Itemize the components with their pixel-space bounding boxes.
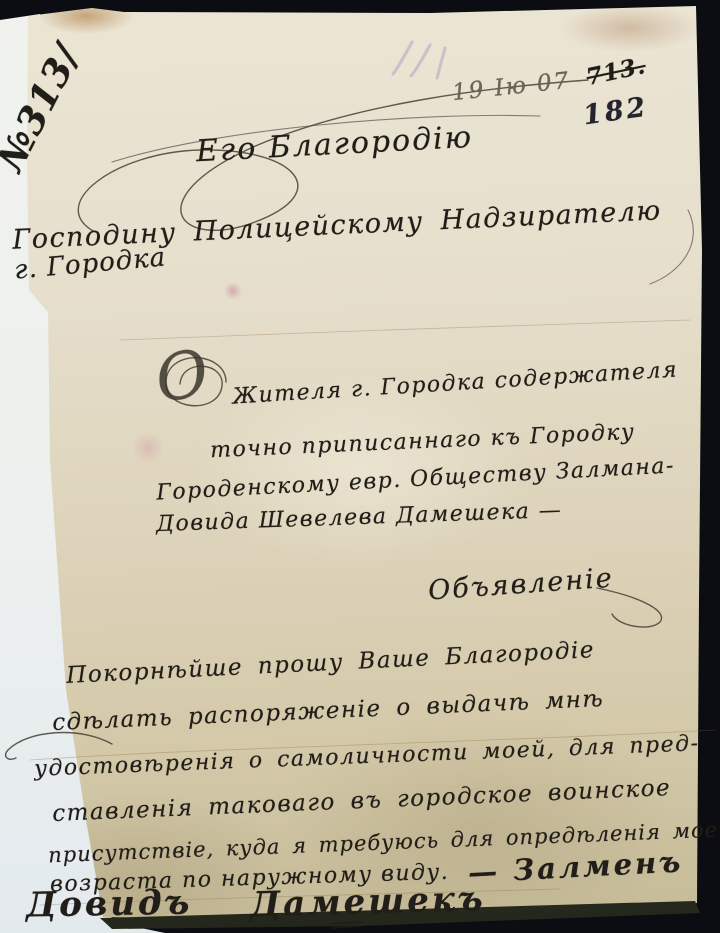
signature-last-name: Дамешекъ (250, 879, 487, 925)
document-scan: №313/ 19 Ію 07 713. 182 Его Благородію Г… (0, 0, 720, 933)
signature-first-name: Довидъ (26, 883, 193, 926)
